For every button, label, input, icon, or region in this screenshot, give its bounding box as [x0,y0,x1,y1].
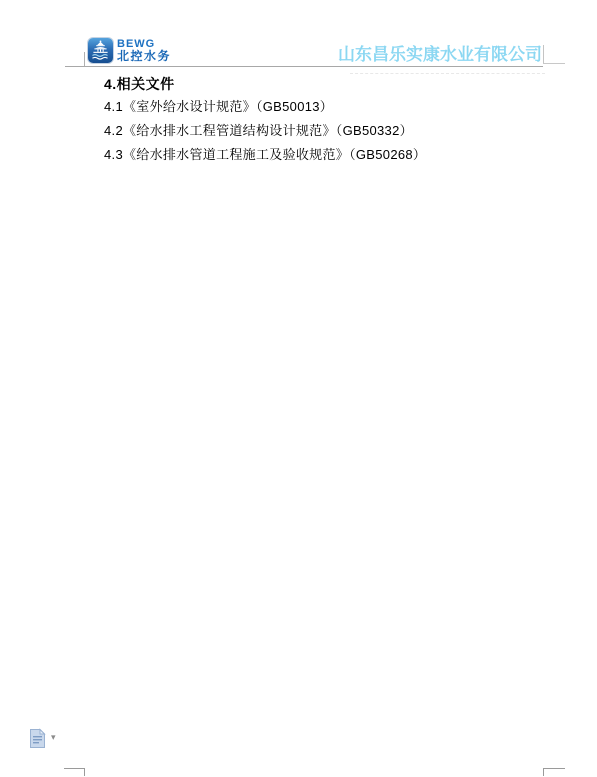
brand-name-cn: 北控水务 [117,50,171,63]
page-boundary-mark-right-tick [543,768,544,776]
header-right-corner-line [543,63,565,64]
bewg-logo [88,38,113,63]
document-page: BEWG 北控水务 山东昌乐实康水业有限公司 4.相关文件 4.1《室外给水设计… [0,0,597,777]
reference-item: 4.2《给水排水工程管道结构设计规范》（GB50332） [104,123,413,138]
paste-options-icon[interactable] [28,728,47,752]
header-divider-line [65,66,543,67]
header-cell-boundary-tick [84,52,85,66]
header-right-boundary-line [543,45,544,64]
reference-item: 4.3《给水排水管道工程施工及验收规范》（GB50268） [104,147,426,162]
page-boundary-mark-left [64,768,85,769]
chevron-down-icon[interactable]: ▾ [51,733,56,742]
page-boundary-mark-left-tick [84,768,85,776]
paste-options-button[interactable]: ▾ [28,728,64,752]
company-name: 山东昌乐实康水业有限公司 [338,45,542,65]
page-boundary-mark-right [543,768,565,769]
temple-of-heaven-water-icon [88,50,113,67]
section-heading: 4.相关文件 [104,76,175,92]
header-faint-underline [350,73,545,74]
reference-item: 4.1《室外给水设计规范》（GB50013） [104,99,333,114]
